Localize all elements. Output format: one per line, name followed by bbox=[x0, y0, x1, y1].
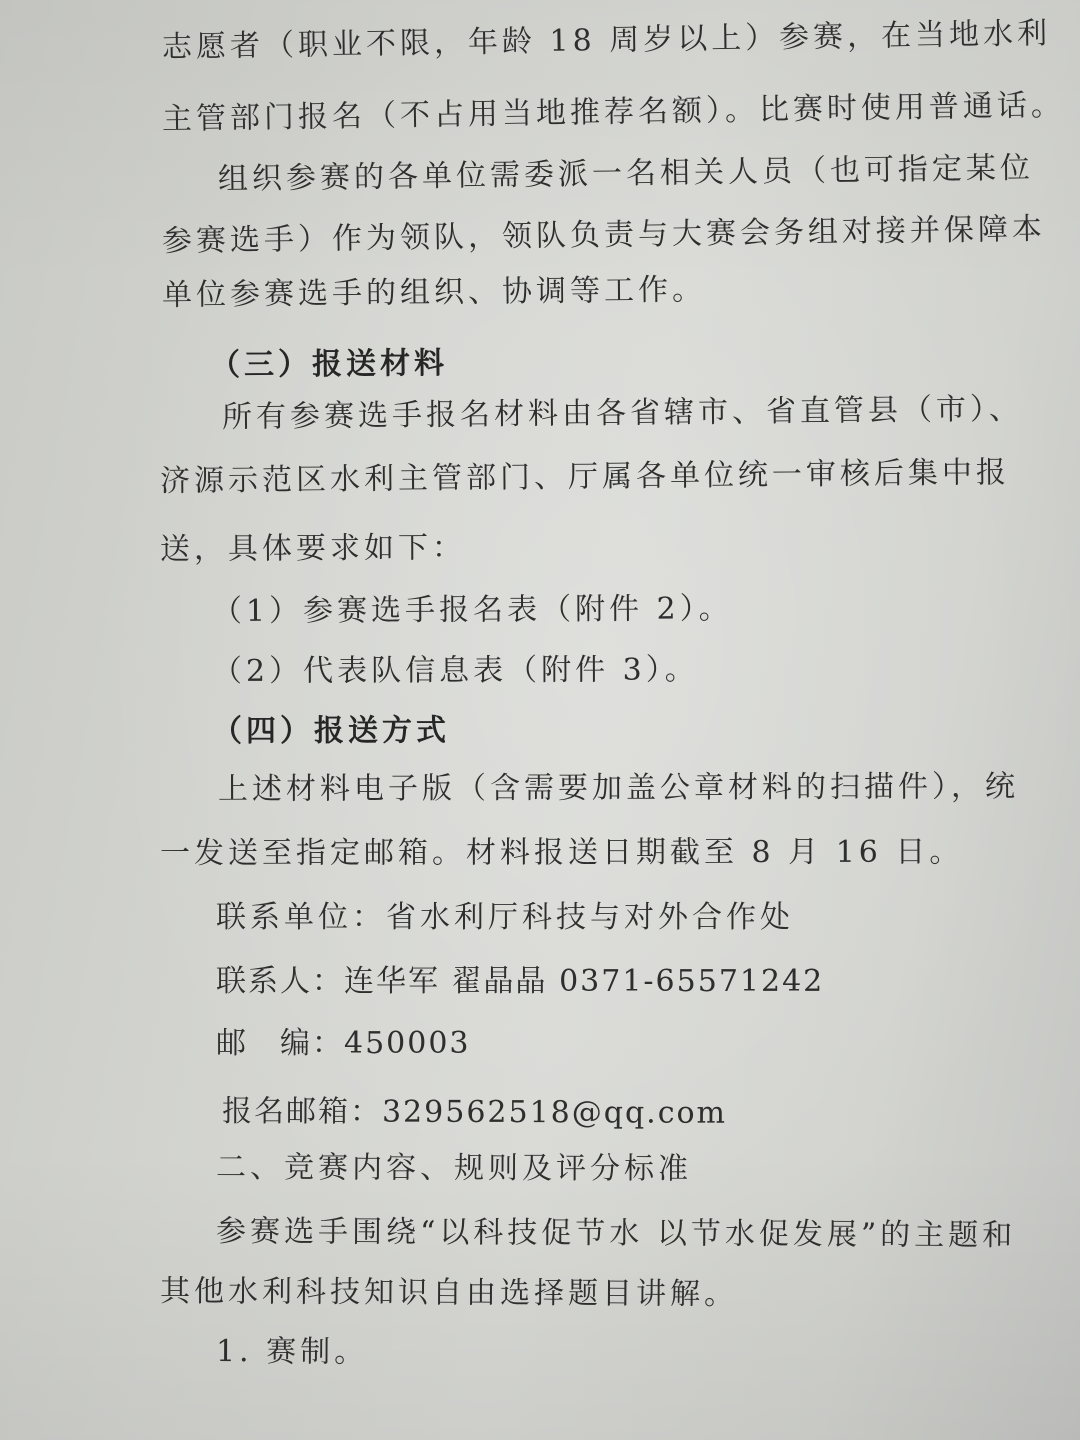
list-item-team-info-form: （2）代表队信息表（附件 3）。 bbox=[212, 650, 699, 692]
text-line-materials-2: 济源示范区水利主管部门、厅属各单位统一审核后集中报 bbox=[160, 453, 1010, 502]
text-line-materials-3: 送，具体要求如下： bbox=[160, 528, 466, 570]
contact-persons-phone: 联系人：连华军 翟晶晶 0371-65571242 bbox=[216, 962, 824, 1002]
document-page: 志愿者（职业不限，年龄 18 周岁以上）参赛，在当地水利 主管部门报名（不占用当… bbox=[0, 0, 1080, 1440]
text-line-topic-1: 参赛选手围绕“以科技促节水 以节水促发展”的主题和 bbox=[216, 1212, 1016, 1256]
text-line-topic-2: 其他水利科技知识自由选择题目讲解。 bbox=[160, 1272, 738, 1315]
text-line-team-leader-3: 单位参赛选手的组织、协调等工作。 bbox=[162, 270, 706, 316]
section-heading-competition-rules: 二、竞赛内容、规则及评分标准 bbox=[216, 1148, 692, 1190]
text-line-method-deadline: 一发送至指定邮箱。材料报送日期截至 8 月 16 日。 bbox=[160, 833, 963, 874]
list-item-registration-form: （1）参赛选手报名表（附件 2）。 bbox=[212, 589, 733, 632]
heading-submit-materials: （三）报送材料 bbox=[210, 344, 448, 386]
text-line-materials-1: 所有参赛选手报名材料由各省辖市、省直管县（市）、 bbox=[222, 390, 1023, 438]
text-line-volunteer-eligibility: 志愿者（职业不限，年龄 18 周岁以上）参赛，在当地水利 bbox=[162, 14, 1052, 68]
contact-postcode: 邮 编：450003 bbox=[216, 1024, 471, 1064]
heading-submit-method: （四）报送方式 bbox=[212, 711, 450, 752]
list-item-competition-format: 1. 赛制。 bbox=[216, 1332, 368, 1373]
text-line-method-1: 上述材料电子版（含需要加盖公章材料的扫描件），统 bbox=[218, 767, 1019, 810]
text-line-team-leader-2: 参赛选手）作为领队，领队负责与大赛会务组对接并保障本 bbox=[162, 210, 1046, 262]
text-line-team-leader-1: 组织参赛的各单位需委派一名相关人员（也可指定某位 bbox=[218, 149, 1034, 200]
text-line-registration-note: 主管部门报名（不占用当地推荐名额）。比赛时使用普通话。 bbox=[162, 86, 1066, 140]
contact-email: 报名邮箱：329562518@qq.com bbox=[222, 1092, 727, 1134]
contact-unit: 联系单位：省水利厅科技与对外合作处 bbox=[216, 898, 794, 938]
